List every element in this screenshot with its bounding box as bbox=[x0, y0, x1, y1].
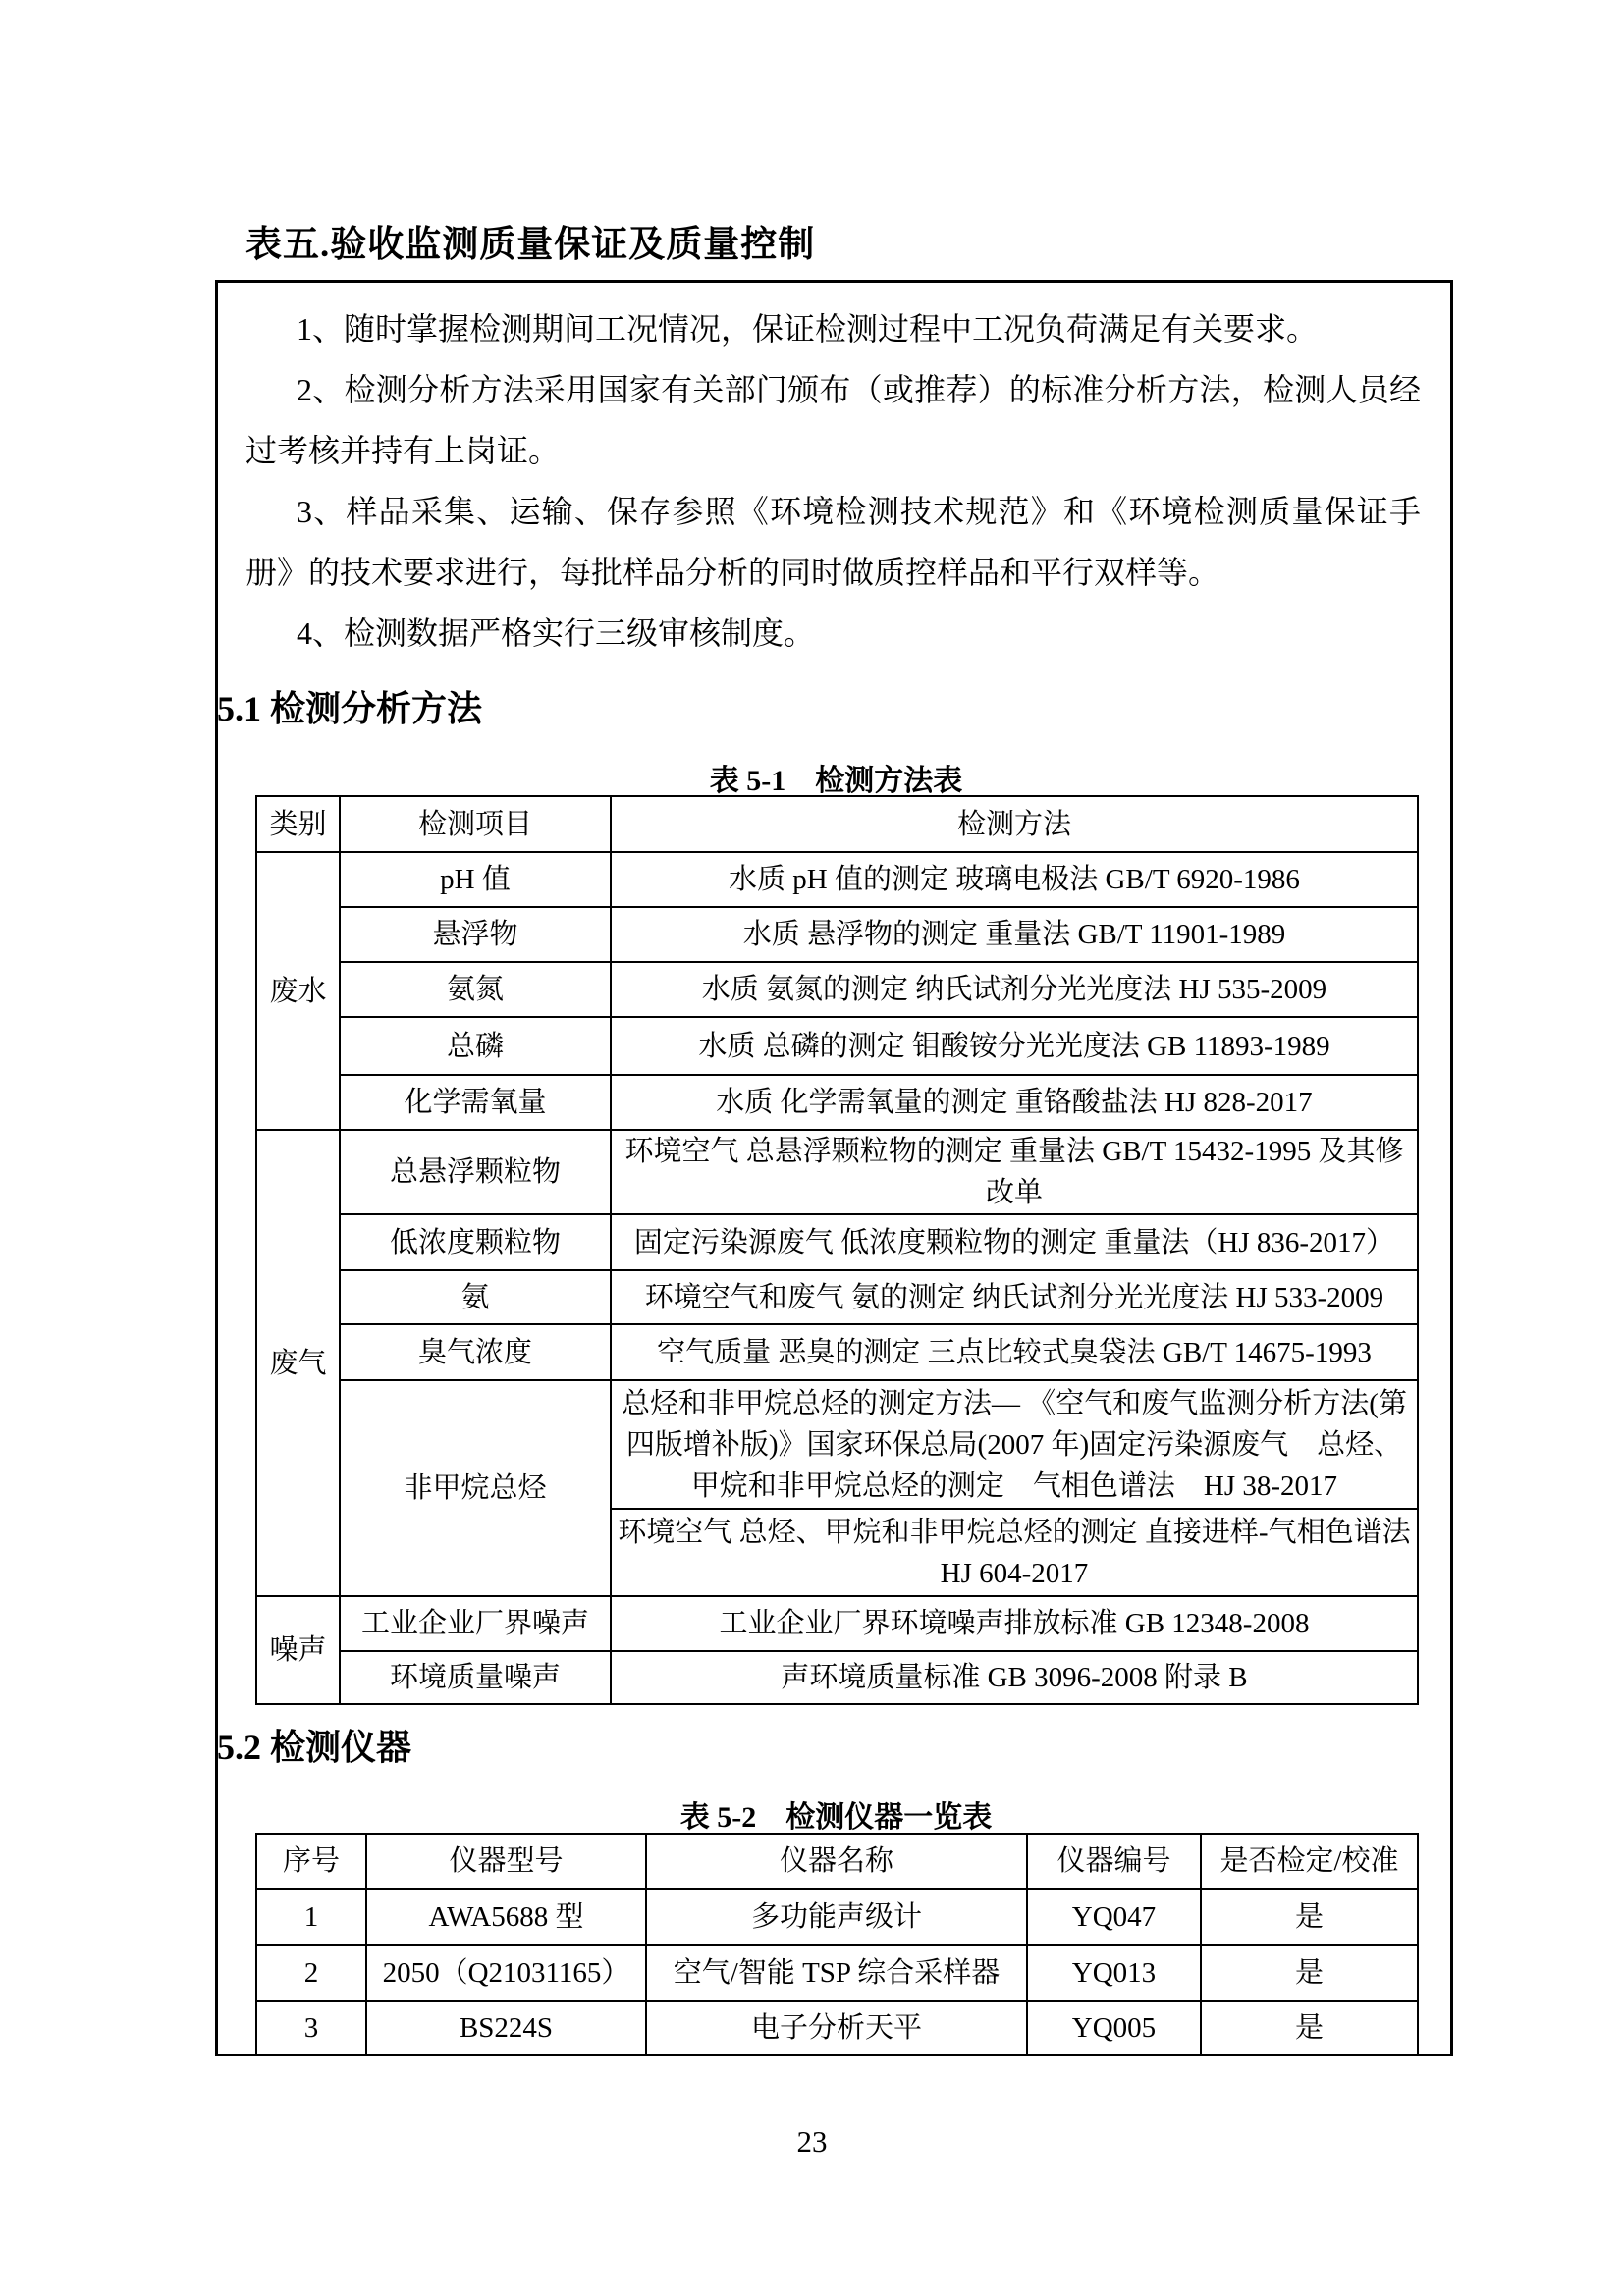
item-cell: 臭气浓度 bbox=[340, 1324, 611, 1380]
method-cell: 声环境质量标准 GB 3096-2008 附录 B bbox=[611, 1651, 1418, 1704]
table-5-2-caption: 表 5-2 检测仪器一览表 bbox=[255, 1792, 1417, 1836]
col-header-serial: 仪器编号 bbox=[1027, 1834, 1201, 1889]
table-row: 氨 环境空气和废气 氨的测定 纳氏试剂分光光度法 HJ 533-2009 bbox=[256, 1270, 1418, 1324]
method-cell: 环境空气 总烃、甲烷和非甲烷总烃的测定 直接进样-气相色谱法 HJ 604-20… bbox=[611, 1509, 1418, 1596]
table-row: 化学需氧量 水质 化学需氧量的测定 重铬酸盐法 HJ 828-2017 bbox=[256, 1075, 1418, 1130]
serial-cell: YQ047 bbox=[1027, 1889, 1201, 1945]
col-header-no: 序号 bbox=[256, 1834, 366, 1889]
table-row: 废气 总悬浮颗粒物 环境空气 总悬浮颗粒物的测定 重量法 GB/T 15432-… bbox=[256, 1130, 1418, 1214]
method-cell: 水质 pH 值的测定 玻璃电极法 GB/T 6920-1986 bbox=[611, 852, 1418, 907]
model-cell: BS224S bbox=[366, 2001, 646, 2055]
qa-qc-paragraphs: 1、随时掌握检测期间工况情况，保证检测过程中工况负荷满足有关要求。 2、检测分析… bbox=[245, 298, 1421, 664]
table-row: 废水 pH 值 水质 pH 值的测定 玻璃电极法 GB/T 6920-1986 bbox=[256, 852, 1418, 907]
methods-table: 类别 检测项目 检测方法 废水 pH 值 水质 pH 值的测定 玻璃电极法 GB… bbox=[255, 795, 1419, 1705]
method-cell: 固定污染源废气 低浓度颗粒物的测定 重量法（HJ 836-2017） bbox=[611, 1214, 1418, 1270]
paragraph-3: 3、样品采集、运输、保存参照《环境检测技术规范》和《环境检测质量保证手册》的技术… bbox=[245, 481, 1421, 603]
table-row: 臭气浓度 空气质量 恶臭的测定 三点比较式臭袋法 GB/T 14675-1993 bbox=[256, 1324, 1418, 1380]
paragraph-1: 1、随时掌握检测期间工况情况，保证检测过程中工况负荷满足有关要求。 bbox=[245, 298, 1421, 359]
paragraph-4: 4、检测数据严格实行三级审核制度。 bbox=[245, 603, 1421, 664]
table-row: 总磷 水质 总磷的测定 钼酸铵分光光度法 GB 11893-1989 bbox=[256, 1017, 1418, 1075]
item-cell-nmhc: 非甲烷总烃 bbox=[340, 1380, 611, 1596]
item-cell: 总悬浮颗粒物 bbox=[340, 1130, 611, 1214]
item-cell: 工业企业厂界噪声 bbox=[340, 1596, 611, 1651]
method-cell: 水质 化学需氧量的测定 重铬酸盐法 HJ 828-2017 bbox=[611, 1075, 1418, 1130]
method-cell: 环境空气 总悬浮颗粒物的测定 重量法 GB/T 15432-1995 及其修改单 bbox=[611, 1130, 1418, 1214]
no-cell: 2 bbox=[256, 1945, 366, 2001]
method-cell: 水质 悬浮物的测定 重量法 GB/T 11901-1989 bbox=[611, 907, 1418, 962]
name-cell: 空气/智能 TSP 综合采样器 bbox=[646, 1945, 1027, 2001]
document-page: { "page": { "title": "表五.验收监测质量保证及质量控制",… bbox=[0, 0, 1624, 2296]
calibrated-cell: 是 bbox=[1201, 1945, 1418, 2001]
col-header-method: 检测方法 bbox=[611, 796, 1418, 852]
name-cell: 多功能声级计 bbox=[646, 1889, 1027, 1945]
serial-cell: YQ013 bbox=[1027, 1945, 1201, 2001]
table-row: 氨氮 水质 氨氮的测定 纳氏试剂分光光度法 HJ 535-2009 bbox=[256, 962, 1418, 1017]
table-row: 环境质量噪声 声环境质量标准 GB 3096-2008 附录 B bbox=[256, 1651, 1418, 1704]
calibrated-cell: 是 bbox=[1201, 2001, 1418, 2055]
no-cell: 3 bbox=[256, 2001, 366, 2055]
item-cell: 悬浮物 bbox=[340, 907, 611, 962]
table-row: 非甲烷总烃 总烃和非甲烷总烃的测定方法— 《空气和废气监测分析方法(第四版增补版… bbox=[256, 1380, 1418, 1509]
no-cell: 1 bbox=[256, 1889, 366, 1945]
item-cell: pH 值 bbox=[340, 852, 611, 907]
col-header-item: 检测项目 bbox=[340, 796, 611, 852]
table-row: 2 2050（Q21031165） 空气/智能 TSP 综合采样器 YQ013 … bbox=[256, 1945, 1418, 2001]
model-cell: 2050（Q21031165） bbox=[366, 1945, 646, 2001]
method-cell: 环境空气和废气 氨的测定 纳氏试剂分光光度法 HJ 533-2009 bbox=[611, 1270, 1418, 1324]
method-cell: 总烃和非甲烷总烃的测定方法— 《空气和废气监测分析方法(第四版增补版)》国家环保… bbox=[611, 1380, 1418, 1509]
page-number: 23 bbox=[0, 2124, 1624, 2160]
page-title: 表五.验收监测质量保证及质量控制 bbox=[245, 214, 815, 267]
item-cell: 氨 bbox=[340, 1270, 611, 1324]
section-heading-5-2: 5.2 检测仪器 bbox=[217, 1720, 411, 1770]
calibrated-cell: 是 bbox=[1201, 1889, 1418, 1945]
table-row: 1 AWA5688 型 多功能声级计 YQ047 是 bbox=[256, 1889, 1418, 1945]
table-5-1-caption: 表 5-1 检测方法表 bbox=[255, 756, 1417, 799]
instruments-table: 序号 仪器型号 仪器名称 仪器编号 是否检定/校准 1 AWA5688 型 多功… bbox=[255, 1833, 1419, 2056]
col-header-model: 仪器型号 bbox=[366, 1834, 646, 1889]
table-row: 序号 仪器型号 仪器名称 仪器编号 是否检定/校准 bbox=[256, 1834, 1418, 1889]
category-cell-wastegas: 废气 bbox=[256, 1130, 340, 1596]
paragraph-2: 2、检测分析方法采用国家有关部门颁布（或推荐）的标准分析方法，检测人员经过考核并… bbox=[245, 359, 1421, 481]
item-cell: 氨氮 bbox=[340, 962, 611, 1017]
method-cell: 水质 总磷的测定 钼酸铵分光光度法 GB 11893-1989 bbox=[611, 1017, 1418, 1075]
table-row: 悬浮物 水质 悬浮物的测定 重量法 GB/T 11901-1989 bbox=[256, 907, 1418, 962]
col-header-category: 类别 bbox=[256, 796, 340, 852]
category-cell-noise: 噪声 bbox=[256, 1596, 340, 1704]
table-row: 噪声 工业企业厂界噪声 工业企业厂界环境噪声排放标准 GB 12348-2008 bbox=[256, 1596, 1418, 1651]
method-cell: 水质 氨氮的测定 纳氏试剂分光光度法 HJ 535-2009 bbox=[611, 962, 1418, 1017]
name-cell: 电子分析天平 bbox=[646, 2001, 1027, 2055]
model-cell: AWA5688 型 bbox=[366, 1889, 646, 1945]
table-row: 类别 检测项目 检测方法 bbox=[256, 796, 1418, 852]
section-heading-5-1: 5.1 检测分析方法 bbox=[217, 681, 482, 731]
table-row: 3 BS224S 电子分析天平 YQ005 是 bbox=[256, 2001, 1418, 2055]
method-cell: 工业企业厂界环境噪声排放标准 GB 12348-2008 bbox=[611, 1596, 1418, 1651]
item-cell: 低浓度颗粒物 bbox=[340, 1214, 611, 1270]
col-header-calibrated: 是否检定/校准 bbox=[1201, 1834, 1418, 1889]
col-header-name: 仪器名称 bbox=[646, 1834, 1027, 1889]
category-cell-wastewater: 废水 bbox=[256, 852, 340, 1130]
item-cell: 化学需氧量 bbox=[340, 1075, 611, 1130]
item-cell: 环境质量噪声 bbox=[340, 1651, 611, 1704]
item-cell: 总磷 bbox=[340, 1017, 611, 1075]
method-cell: 空气质量 恶臭的测定 三点比较式臭袋法 GB/T 14675-1993 bbox=[611, 1324, 1418, 1380]
serial-cell: YQ005 bbox=[1027, 2001, 1201, 2055]
table-row: 低浓度颗粒物 固定污染源废气 低浓度颗粒物的测定 重量法（HJ 836-2017… bbox=[256, 1214, 1418, 1270]
